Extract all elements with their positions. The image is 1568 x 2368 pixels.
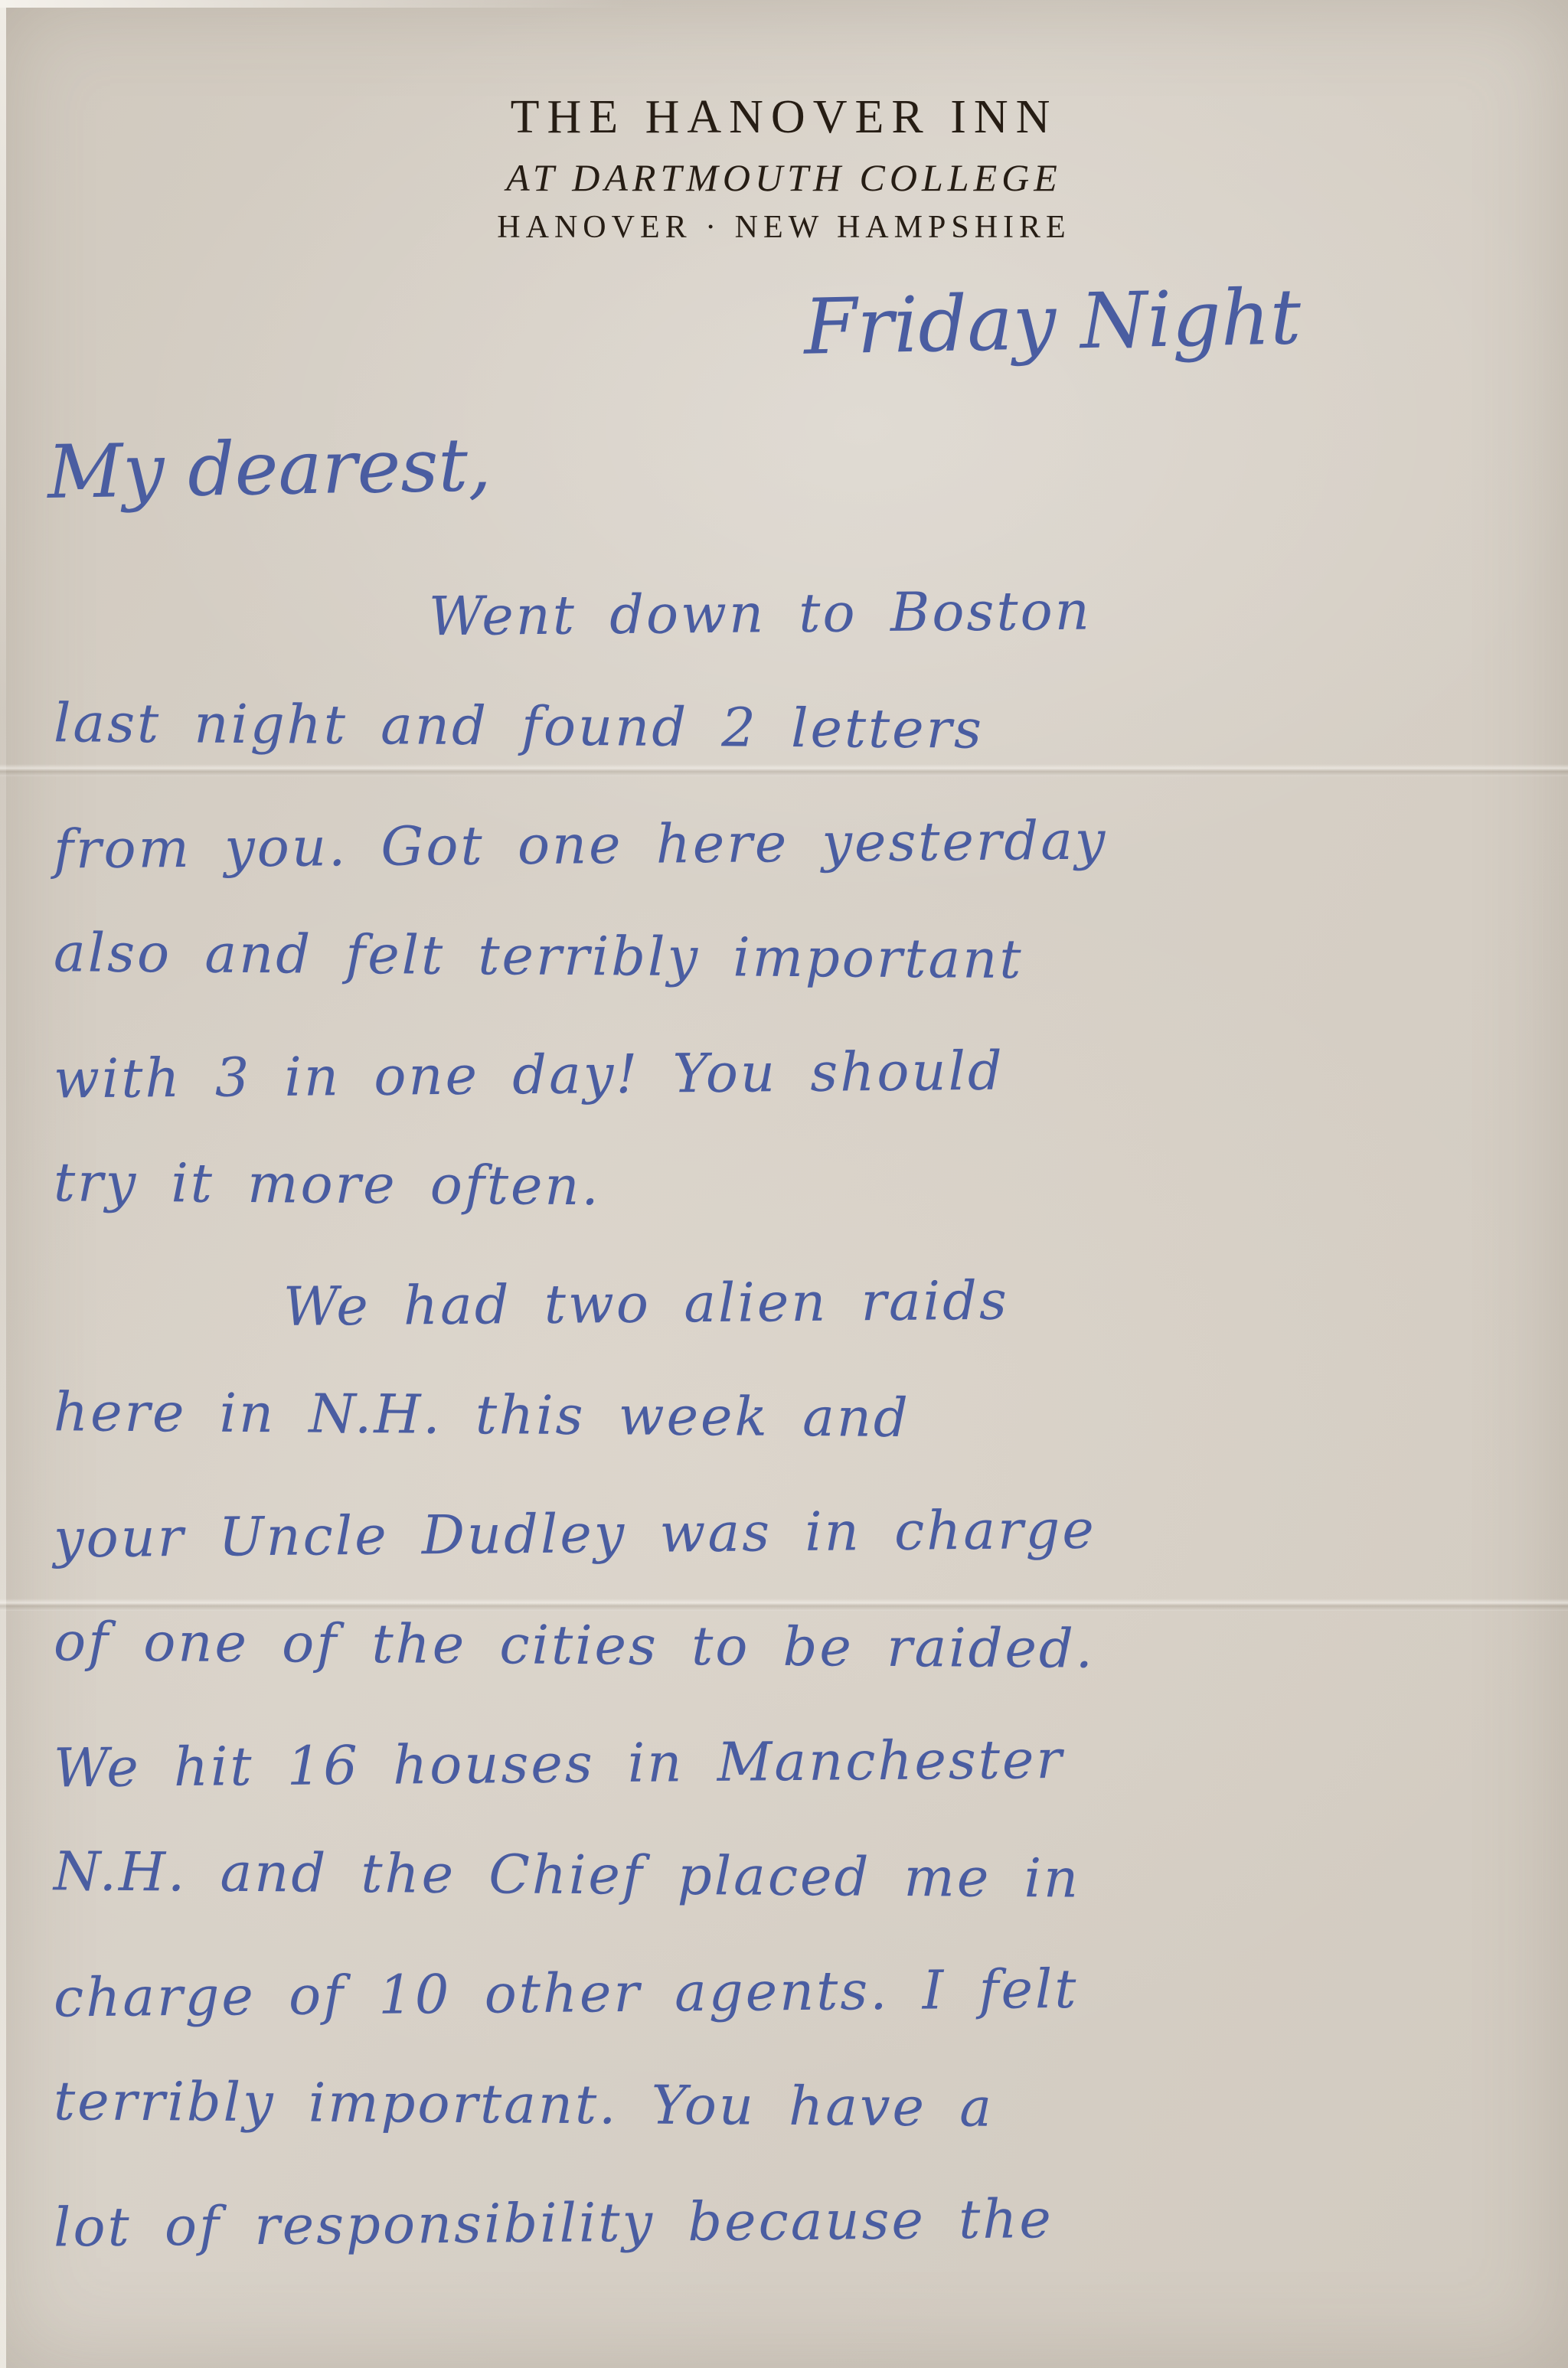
letter-line: We had two alien raids	[53, 1239, 1540, 1367]
letter-line: also and felt terribly important	[54, 895, 1541, 1021]
letter-line: Went down to Boston	[53, 550, 1540, 678]
letter-line: N.H. and the Chief placed me in	[54, 1814, 1541, 1939]
letter-line: try it more often.	[54, 1125, 1541, 1250]
letter-line: with 3 in one day! You should	[53, 1009, 1540, 1137]
letter-line: of one of the cities to be raided.	[54, 1584, 1541, 1710]
letter-line: charge of 10 other agents. I felt	[53, 1928, 1540, 2056]
letterhead-hotel-name: THE HANOVER INN	[0, 90, 1568, 145]
date-line: Friday Night	[803, 272, 1302, 372]
letterhead-location-line: HANOVER · NEW HAMPSHIRE	[0, 209, 1568, 246]
letter-line: last night and found 2 letters	[54, 665, 1541, 791]
letter-body: Went down to Boston last night and found…	[54, 556, 1540, 2278]
letter-line: terribly important. You have a	[54, 2043, 1541, 2169]
letterhead-college-line: AT DARTMOUTH COLLEGE	[0, 155, 1568, 200]
letter-line: lot of responsibility because the	[53, 2157, 1540, 2285]
letter-line: here in N.H. this week and	[54, 1354, 1541, 1480]
letter-page: THE HANOVER INN AT DARTMOUTH COLLEGE HAN…	[0, 0, 1568, 2368]
scan-edge-top	[0, 0, 627, 8]
letter-line: We hit 16 houses in Manchester	[53, 1698, 1540, 1826]
letter-line: from you. Got one here yesterday	[53, 779, 1540, 907]
letter-line: your Uncle Dudley was in charge	[53, 1468, 1540, 1596]
salutation: My dearest,	[47, 422, 492, 515]
scan-edge-left	[0, 0, 6, 2368]
letterhead: THE HANOVER INN AT DARTMOUTH COLLEGE HAN…	[0, 90, 1568, 246]
